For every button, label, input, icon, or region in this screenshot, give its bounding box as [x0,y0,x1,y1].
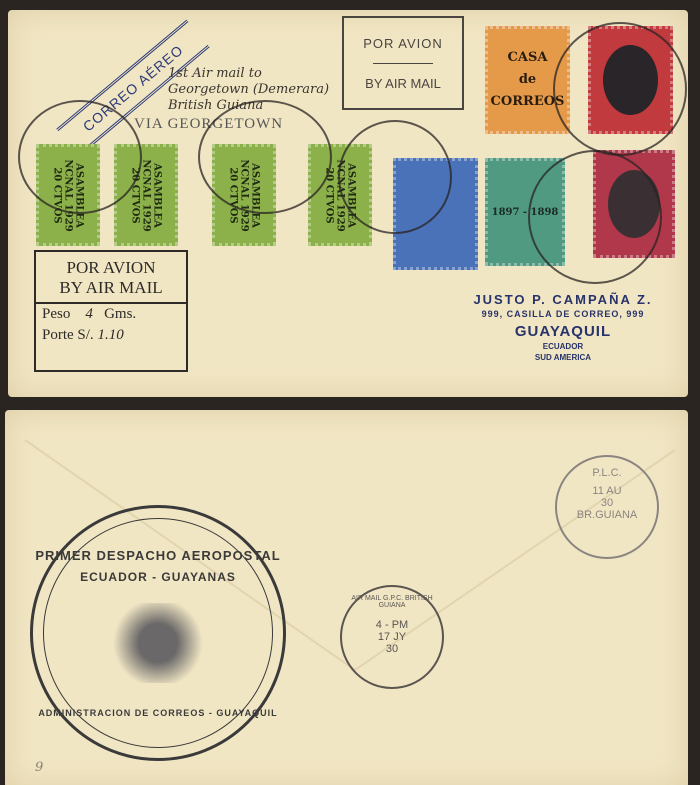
por-avion-box: POR AVION BY AIR MAIL [342,16,464,110]
cancel-mark [553,22,687,156]
porte-row: Porte S/. 1.10 [36,325,186,346]
cancel-mark [528,150,662,284]
primer-despacho-seal: PRIMER DESPACHO AEROPOSTAL ECUADOR - GUA… [30,505,286,761]
divider [373,63,433,64]
envelope-back: PRIMER DESPACHO AEROPOSTAL ECUADOR - GUA… [5,410,688,785]
cancel-mark [338,120,452,234]
cancel-mark [198,100,332,214]
coat-of-arms-emblem [108,603,208,683]
return-address: JUSTO P. CAMPAÑA Z. 999, CASILLA DE CORR… [448,292,678,362]
pencil-mark: 9 [35,760,43,776]
gpo-postmark: AIR MAIL G.P.C. BRITISH GUIANA 4 - PM 17… [340,585,444,689]
envelope-front: CORREO AÉREO 1st Air mail to Georgetown … [8,10,688,397]
receiving-postmark: P.L.C. 11 AU 30 BR.GUIANA [555,455,659,559]
peso-row: Peso 4 Gms. [36,304,186,325]
rate-box: POR AVION BY AIR MAIL Peso 4 Gms. Porte … [34,250,188,372]
cancel-mark [18,100,142,214]
